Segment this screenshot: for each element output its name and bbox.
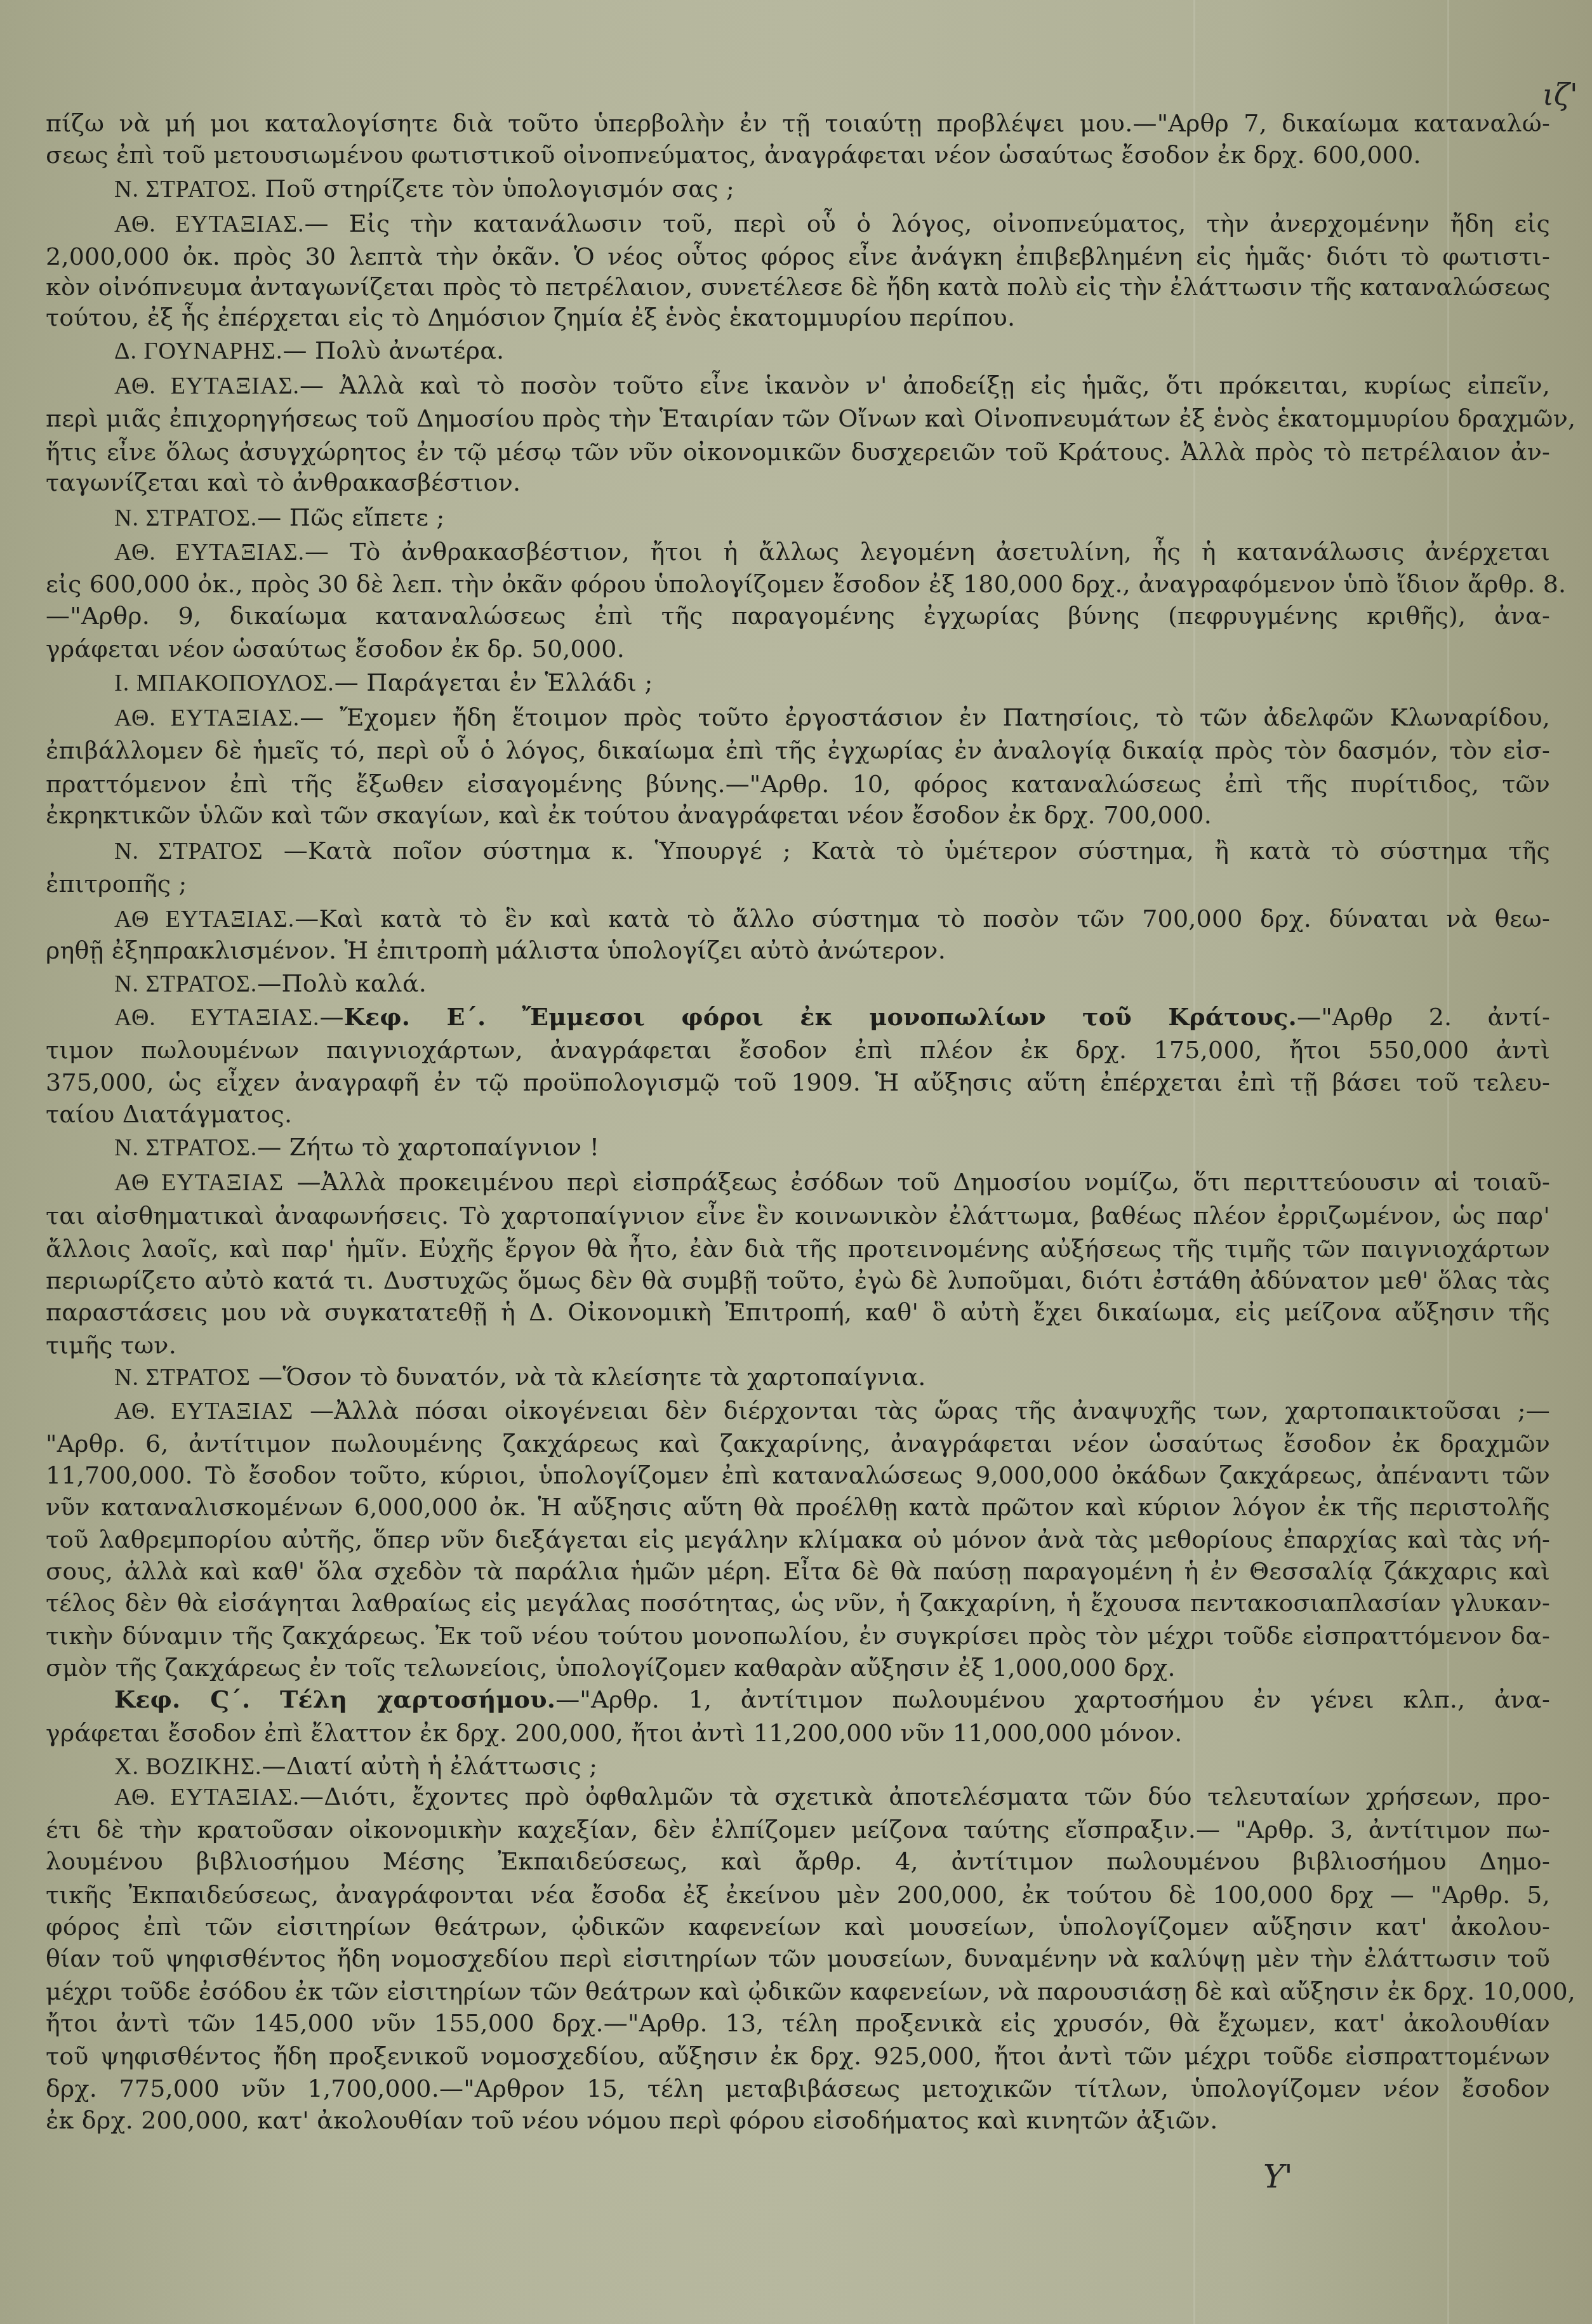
text-line: τοῦ ψηφισθέντος ἤδη προξενικοῦ νομοσχεδί… bbox=[46, 2042, 1550, 2070]
text-run: τιμῆς των. bbox=[46, 1331, 176, 1359]
text-run: —Πολὺ καλά. bbox=[257, 969, 427, 997]
speaker-name: Δ. ΓΟΥΝΑΡΗΣ. bbox=[114, 338, 282, 364]
text-line: ἥτις εἶνε ὅλως ἀσυγχώρητος ἐν τῷ μέσῳ τῶ… bbox=[46, 438, 1550, 466]
speaker-line: ΑΘ. ΕΥΤΑΞΙΑΣ.—Κεφ. Ε΄. Ἔμμεσοι φόροι ἐκ … bbox=[114, 1003, 1550, 1032]
speaker-name: ΑΘ. ΕΥΤΑΞΙΑΣ bbox=[114, 1398, 293, 1424]
speaker-name: ΑΘ. ΕΥΤΑΞΙΑΣ. bbox=[114, 1784, 300, 1810]
text-run: ἐκρηκτικῶν ὑλῶν καὶ τῶν σκαγίων, καὶ ἐκ … bbox=[46, 801, 1212, 829]
speaker-name: Ν. ΣΤΡΑΤΟΣ bbox=[114, 1364, 251, 1391]
text-run: 375,000, ὡς εἶχεν ἀναγραφῆ ἐν τῷ προϋπολ… bbox=[46, 1068, 1550, 1096]
text-line: ἐκ δρχ. 200,000, κατ' ἀκολουθίαν τοῦ νέο… bbox=[46, 2106, 1550, 2134]
text-line: ρηθῇ ἐξηπρακλισμένον. Ἡ ἐπιτροπὴ μάλιστα… bbox=[46, 936, 1550, 964]
text-run: — bbox=[320, 1003, 344, 1031]
text-run: —Διατί αὐτὴ ἡ ἐλάττωσις ; bbox=[262, 1752, 598, 1780]
speaker-name: ΑΘ ΕΥΤΑΞΙΑΣ bbox=[114, 1169, 284, 1196]
text-line: τούτου, ἐξ ἧς ἐπέρχεται εἰς τὸ Δημόσιον … bbox=[46, 303, 1550, 331]
text-line: γράφεται ἔσοδον ἐπὶ ἔλαττον ἐκ δρχ. 200,… bbox=[46, 1719, 1550, 1747]
text-run: — Παράγεται ἐν Ἑλλάδι ; bbox=[335, 668, 653, 696]
text-run: — Πολὺ ἀνωτέρα. bbox=[282, 336, 504, 364]
text-run: — Ζήτω τὸ χαρτοπαίγνιον ! bbox=[257, 1133, 599, 1161]
text-run: θίαν τοῦ ψηφισθέντος ἤδη νομοσχεδίου περ… bbox=[46, 1944, 1550, 1972]
text-run: τικῆς Ἐκπαιδεύσεως, ἀναγράφονται νέα ἔσο… bbox=[46, 1881, 1550, 1909]
speaker-line: Ν. ΣΤΡΑΤΟΣ.— Πῶς εἴπετε ; bbox=[114, 503, 1550, 532]
text-line: περιωρίζετο αὐτὸ κατά τι. Δυστυχῶς ὅμως … bbox=[46, 1266, 1550, 1294]
text-run: γράφεται ἔσοδον ἐπὶ ἔλαττον ἐκ δρχ. 200,… bbox=[46, 1719, 1183, 1747]
text-run: ἐπιτροπῆς ; bbox=[46, 870, 187, 898]
speaker-line: Ν. ΣΤΡΑΤΟΣ —Κατὰ ποῖον σύστημα κ. Ὑπουργ… bbox=[114, 837, 1550, 865]
speaker-line: ΑΘ ΕΥΤΑΞΙΑΣ —Ἀλλὰ προκειμένου περὶ εἰσπρ… bbox=[114, 1168, 1550, 1197]
signature-mark: Υ' bbox=[1263, 2158, 1293, 2195]
speaker-name: ΑΘ. ΕΥΤΑΞΙΑΣ. bbox=[114, 1004, 320, 1031]
text-line: παραστάσεις μου νὰ συγκατατεθῇ ἡ Δ. Οἰκο… bbox=[46, 1298, 1550, 1326]
text-run: —"Αρθρ 2. ἀντί- bbox=[1297, 1003, 1550, 1031]
text-line: τιμῆς των. bbox=[46, 1331, 1550, 1359]
text-run: ἥτις εἶνε ὅλως ἀσυγχώρητος ἐν τῷ μέσῳ τῶ… bbox=[46, 438, 1550, 466]
text-run: νῦν καταναλισκομένων 6,000,000 ὀκ. Ἡ αὔξ… bbox=[46, 1493, 1550, 1521]
chapter-heading: Κεφ. Ϛ΄. Τέλη χαρτοσήμου. bbox=[114, 1685, 555, 1713]
text-run: έτι δὲ τὴν κρατοῦσαν οἰκονομικὴν καχεξία… bbox=[46, 1816, 1550, 1843]
speaker-line: Ν. ΣΤΡΑΤΟΣ.— Ζήτω τὸ χαρτοπαίγνιον ! bbox=[114, 1133, 1550, 1162]
speaker-line: ΑΘ. ΕΥΤΑΞΙΑΣ —Ἀλλὰ πόσαι οἰκογένειαι δὲν… bbox=[114, 1397, 1550, 1425]
text-run: —Διότι, ἔχοντες πρὸ ὀφθαλμῶν τὰ σχετικὰ … bbox=[300, 1783, 1550, 1810]
text-run: —Ἀλλὰ προκειμένου περὶ εἰσπράξεως ἐσόδων… bbox=[284, 1168, 1550, 1196]
text-run: — Ἀλλὰ καὶ τὸ ποσὸν τοῦτο εἶνε ἱκανὸν ν'… bbox=[300, 371, 1550, 399]
text-run: λουμένου βιβλιοσήμου Μέσης Ἐκπαιδεύσεως,… bbox=[46, 1847, 1550, 1875]
text-line: περὶ μιᾶς ἐπιχορηγήσεως τοῦ Δημοσίου πρὸ… bbox=[46, 404, 1550, 432]
text-run: σμὸν τῆς ζακχάρεως ἐν τοῖς τελωνείοις, ὑ… bbox=[46, 1654, 1176, 1682]
text-line: λουμένου βιβλιοσήμου Μέσης Ἐκπαιδεύσεως,… bbox=[46, 1847, 1550, 1875]
text-run: σεως ἐπὶ τοῦ μετουσιωμένου φωτιστικοῦ οἰ… bbox=[46, 141, 1421, 169]
speaker-name: Ν. ΣΤΡΑΤΟΣ. bbox=[114, 971, 257, 997]
text-run: ταγωνίζεται καὶ τὸ ἀνθρακασβέστιον. bbox=[46, 468, 521, 496]
text-run: τοῦ λαθρεμπορίου αὐτῆς, ὅπερ νῦν διεξάγε… bbox=[46, 1525, 1550, 1553]
text-line: πραττόμενον ἐπὶ τῆς ἔξωθεν εἰσαγομένης β… bbox=[46, 770, 1550, 798]
speaker-name: Ν. ΣΤΡΑΤΟΣ. bbox=[114, 176, 257, 203]
text-line: 2,000,000 ὀκ. πρὸς 30 λεπτὰ τὴν ὀκᾶν. Ὁ … bbox=[46, 242, 1550, 270]
text-run: πραττόμενον ἐπὶ τῆς ἔξωθεν εἰσαγομένης β… bbox=[46, 770, 1550, 798]
text-line: γράφεται νέον ὡσαύτως ἔσοδον ἐκ δρ. 50,0… bbox=[46, 635, 1550, 663]
speaker-name: ΑΘ. ΕΥΤΑΞΙΑΣ. bbox=[114, 373, 300, 399]
text-run: περιωρίζετο αὐτὸ κατά τι. Δυστυχῶς ὅμως … bbox=[46, 1266, 1550, 1294]
speaker-line: Δ. ΓΟΥΝΑΡΗΣ.— Πολὺ ἀνωτέρα. bbox=[114, 336, 1550, 365]
text-run: ρηθῇ ἐξηπρακλισμένον. Ἡ ἐπιτροπὴ μάλιστα… bbox=[46, 936, 946, 964]
text-run: τοῦ ψηφισθέντος ἤδη προξενικοῦ νομοσχεδί… bbox=[46, 2042, 1550, 2070]
text-line: τικῆς Ἐκπαιδεύσεως, ἀναγράφονται νέα ἔσο… bbox=[46, 1881, 1550, 1909]
text-line: 375,000, ὡς εἶχεν ἀναγραφῆ ἐν τῷ προϋπολ… bbox=[46, 1068, 1550, 1096]
text-line: έτι δὲ τὴν κρατοῦσαν οἰκονομικὴν καχεξία… bbox=[46, 1816, 1550, 1843]
speaker-line: Ι. ΜΠΑΚΟΠΟΥΛΟΣ.— Παράγεται ἐν Ἑλλάδι ; bbox=[114, 668, 1550, 697]
speaker-name: ΑΘ. ΕΥΤΑΞΙΑΣ. bbox=[114, 211, 305, 237]
text-run: περὶ μιᾶς ἐπιχορηγήσεως τοῦ Δημοσίου πρὸ… bbox=[46, 404, 1575, 432]
text-line: μέχρι τοῦδε ἐσόδου ἐκ τῶν εἰσιτηρίων τῶν… bbox=[46, 1977, 1550, 2005]
speaker-line: Ν. ΣΤΡΑΤΟΣ. Ποῦ στηρίζετε τὸν ὑπολογισμό… bbox=[114, 175, 1550, 203]
speaker-line: ΑΘ ΕΥΤΑΞΙΑΣ.—Καὶ κατὰ τὸ ἓν καὶ κατὰ τὸ … bbox=[114, 905, 1550, 933]
text-run: ἄλλοις λαοῖς, καὶ παρ' ἡμῖν. Εὐχῆς ἔργον… bbox=[46, 1235, 1550, 1263]
text-run: Ποῦ στηρίζετε τὸν ὑπολογισμόν σας ; bbox=[257, 175, 734, 203]
speaker-line: ΑΘ. ΕΥΤΑΞΙΑΣ.—Διότι, ἔχοντες πρὸ ὀφθαλμῶ… bbox=[114, 1783, 1550, 1811]
speaker-line: Ν. ΣΤΡΑΤΟΣ —Ὅσον τὸ δυνατόν, νὰ τὰ κλείσ… bbox=[114, 1363, 1550, 1391]
text-run: — Εἰς τὴν κατανάλωσιν τοῦ, περὶ οὗ ὁ λόγ… bbox=[305, 209, 1550, 237]
text-line: ἄλλοις λαοῖς, καὶ παρ' ἡμῖν. Εὐχῆς ἔργον… bbox=[46, 1235, 1550, 1263]
text-run: κὸν οἰνόπνευμα ἀνταγωνίζεται πρὸς τὸ πετ… bbox=[46, 273, 1550, 301]
text-line: Κεφ. Ϛ΄. Τέλη χαρτοσήμου.—"Αρθρ. 1, ἀντί… bbox=[114, 1685, 1550, 1713]
speaker-name: Ν. ΣΤΡΑΤΟΣ. bbox=[114, 1134, 257, 1161]
speaker-name: ΑΘ ΕΥΤΑΞΙΑΣ. bbox=[114, 906, 295, 933]
text-line: θίαν τοῦ ψηφισθέντος ἤδη νομοσχεδίου περ… bbox=[46, 1944, 1550, 1972]
text-run: πίζω νὰ μή μοι καταλογίσητε διὰ τοῦτο ὑπ… bbox=[46, 109, 1550, 137]
text-run: —Ἀλλὰ πόσαι οἰκογένειαι δὲν διέρχονται τ… bbox=[293, 1397, 1550, 1424]
text-run: — Πῶς εἴπετε ; bbox=[257, 503, 444, 531]
text-line: τέλος δὲν θὰ εἰσάγηται λαθραίως εἰς μεγά… bbox=[46, 1589, 1550, 1617]
speaker-line: ΑΘ. ΕΥΤΑΞΙΑΣ.— Εἰς τὴν κατανάλωσιν τοῦ, … bbox=[114, 209, 1550, 238]
text-run: —"Αρθρ. 1, ἀντίτιμον πωλουμένου χαρτοσήμ… bbox=[555, 1685, 1550, 1713]
text-run: εἰς 600,000 ὀκ., πρὸς 30 δὲ λεπ. τὴν ὀκᾶ… bbox=[46, 570, 1566, 598]
speaker-line: Χ. ΒΟΖΙΚΗΣ.—Διατί αὐτὴ ἡ ἐλάττωσις ; bbox=[114, 1752, 1550, 1781]
text-line: εἰς 600,000 ὀκ., πρὸς 30 δὲ λεπ. τὴν ὀκᾶ… bbox=[46, 570, 1550, 598]
text-run: σους, ἀλλὰ καὶ καθ' ὅλα σχεδὸν τὰ παράλι… bbox=[46, 1557, 1550, 1585]
text-line: τιμον πωλουμένων παιγνιοχάρτων, ἀναγράφε… bbox=[46, 1036, 1550, 1064]
chapter-heading: Κεφ. Ε΄. Ἔμμεσοι φόροι ἐκ μονοπωλίων τοῦ… bbox=[344, 1002, 1297, 1031]
text-line: τοῦ λαθρεμπορίου αὐτῆς, ὅπερ νῦν διεξάγε… bbox=[46, 1525, 1550, 1553]
text-run: παραστάσεις μου νὰ συγκατατεθῇ ἡ Δ. Οἰκο… bbox=[46, 1298, 1550, 1326]
text-run: δρχ. 775,000 νῦν 1,700,000.—"Αρθρον 15, … bbox=[46, 2075, 1550, 2102]
text-run: ἐκ δρχ. 200,000, κατ' ἀκολουθίαν τοῦ νέο… bbox=[46, 2106, 1218, 2134]
speaker-line: ΑΘ. ΕΥΤΑΞΙΑΣ.— Ἀλλὰ καὶ τὸ ποσὸν τοῦτο ε… bbox=[114, 371, 1550, 400]
text-run: ται αἰσθηματικαὶ ἀναφωνήσεις. Τὸ χαρτοπα… bbox=[46, 1202, 1550, 1230]
text-run: — Ἔχομεν ἤδη ἕτοιμον πρὸς τοῦτο ἐργοστάσ… bbox=[300, 703, 1550, 731]
speaker-name: ΑΘ. ΕΥΤΑΞΙΑΣ. bbox=[114, 539, 305, 566]
text-run: —Κατὰ ποῖον σύστημα κ. Ὑπουργέ ; Κατὰ τὸ… bbox=[263, 837, 1550, 865]
text-line: σους, ἀλλὰ καὶ καθ' ὅλα σχεδὸν τὰ παράλι… bbox=[46, 1557, 1550, 1585]
text-run: τέλος δὲν θὰ εἰσάγηται λαθραίως εἰς μεγά… bbox=[46, 1589, 1550, 1617]
scanned-document-page: ιζ' πίζω νὰ μή μοι καταλογίσητε διὰ τοῦτ… bbox=[0, 0, 1592, 2324]
text-run: τούτου, ἐξ ἧς ἐπέρχεται εἰς τὸ Δημόσιον … bbox=[46, 303, 1015, 331]
speaker-line: ΑΘ. ΕΥΤΑΞΙΑΣ.— Ἔχομεν ἤδη ἕτοιμον πρὸς τ… bbox=[114, 703, 1550, 732]
speaker-name: Ι. ΜΠΑΚΟΠΟΥΛΟΣ. bbox=[114, 670, 335, 696]
text-run: —Καὶ κατὰ τὸ ἓν καὶ κατὰ τὸ ἄλλο σύστημα… bbox=[295, 905, 1550, 933]
text-run: ἤτοι ἀντὶ τῶν 145,000 νῦν 155,000 δρχ.—"… bbox=[46, 2009, 1550, 2037]
text-line: δρχ. 775,000 νῦν 1,700,000.—"Αρθρον 15, … bbox=[46, 2075, 1550, 2102]
text-line: "Αρθρ. 6, ἀντίτιμον πωλουμένης ζακχάρεως… bbox=[46, 1430, 1550, 1457]
text-run: ἐπιβάλλομεν δὲ ἡμεῖς τό, περὶ οὗ ὁ λόγος… bbox=[46, 736, 1550, 764]
speaker-name: Ν. ΣΤΡΑΤΟΣ. bbox=[114, 505, 257, 531]
text-run: τικὴν δύναμιν τῆς ζακχάρεως. Ἐκ τοῦ νέου… bbox=[46, 1622, 1550, 1650]
speaker-name: Χ. ΒΟΖΙΚΗΣ. bbox=[114, 1753, 262, 1780]
text-run: —"Αρθρ. 9, δικαίωμα καταναλώσεως ἐπὶ τῆς… bbox=[46, 602, 1550, 630]
text-line: πίζω νὰ μή μοι καταλογίσητε διὰ τοῦτο ὑπ… bbox=[46, 109, 1550, 137]
text-run: "Αρθρ. 6, ἀντίτιμον πωλουμένης ζακχάρεως… bbox=[46, 1430, 1550, 1457]
text-line: ἐπιτροπῆς ; bbox=[46, 870, 1550, 898]
text-line: σμὸν τῆς ζακχάρεως ἐν τοῖς τελωνείοις, ὑ… bbox=[46, 1654, 1550, 1682]
text-line: 11,700,000. Τὸ ἔσοδον τοῦτο, κύριοι, ὑπο… bbox=[46, 1461, 1550, 1489]
speaker-name: ΑΘ. ΕΥΤΑΞΙΑΣ. bbox=[114, 705, 300, 731]
text-run: 2,000,000 ὀκ. πρὸς 30 λεπτὰ τὴν ὀκᾶν. Ὁ … bbox=[46, 242, 1550, 270]
text-run: —Ὅσον τὸ δυνατόν, νὰ τὰ κλείσητε τὰ χαρτ… bbox=[251, 1363, 926, 1391]
text-run: ταίου Διατάγματος. bbox=[46, 1100, 292, 1128]
text-line: σεως ἐπὶ τοῦ μετουσιωμένου φωτιστικοῦ οἰ… bbox=[46, 141, 1550, 169]
text-line: ταγωνίζεται καὶ τὸ ἀνθρακασβέστιον. bbox=[46, 468, 1550, 496]
text-run: μέχρι τοῦδε ἐσόδου ἐκ τῶν εἰσιτηρίων τῶν… bbox=[46, 1977, 1575, 2005]
text-line: ἐκρηκτικῶν ὑλῶν καὶ τῶν σκαγίων, καὶ ἐκ … bbox=[46, 801, 1550, 829]
text-line: τικὴν δύναμιν τῆς ζακχάρεως. Ἐκ τοῦ νέου… bbox=[46, 1622, 1550, 1650]
text-line: φόρος ἐπὶ τῶν εἰσιτηρίων θεάτρων, ᾠδικῶν… bbox=[46, 1913, 1550, 1941]
text-run: — Τὸ ἀνθρακασβέστιον, ἤτοι ἡ ἄλλως λεγομ… bbox=[305, 538, 1550, 566]
text-line: —"Αρθρ. 9, δικαίωμα καταναλώσεως ἐπὶ τῆς… bbox=[46, 602, 1550, 630]
speaker-line: ΑΘ. ΕΥΤΑΞΙΑΣ.— Τὸ ἀνθρακασβέστιον, ἤτοι … bbox=[114, 538, 1550, 566]
speaker-line: Ν. ΣΤΡΑΤΟΣ.—Πολὺ καλά. bbox=[114, 969, 1550, 998]
text-line: ταίου Διατάγματος. bbox=[46, 1100, 1550, 1128]
text-line: ται αἰσθηματικαὶ ἀναφωνήσεις. Τὸ χαρτοπα… bbox=[46, 1202, 1550, 1230]
text-line: ἐπιβάλλομεν δὲ ἡμεῖς τό, περὶ οὗ ὁ λόγος… bbox=[46, 736, 1550, 764]
text-run: γράφεται νέον ὡσαύτως ἔσοδον ἐκ δρ. 50,0… bbox=[46, 635, 625, 663]
speaker-name: Ν. ΣΤΡΑΤΟΣ bbox=[114, 838, 263, 865]
text-run: 11,700,000. Τὸ ἔσοδον τοῦτο, κύριοι, ὑπο… bbox=[46, 1461, 1550, 1489]
text-line: ἤτοι ἀντὶ τῶν 145,000 νῦν 155,000 δρχ.—"… bbox=[46, 2009, 1550, 2037]
text-line: κὸν οἰνόπνευμα ἀνταγωνίζεται πρὸς τὸ πετ… bbox=[46, 273, 1550, 301]
text-line: νῦν καταναλισκομένων 6,000,000 ὀκ. Ἡ αὔξ… bbox=[46, 1493, 1550, 1521]
text-run: τιμον πωλουμένων παιγνιοχάρτων, ἀναγράφε… bbox=[46, 1036, 1550, 1064]
text-run: φόρος ἐπὶ τῶν εἰσιτηρίων θεάτρων, ᾠδικῶν… bbox=[46, 1913, 1550, 1941]
page-number: ιζ' bbox=[1542, 77, 1578, 112]
